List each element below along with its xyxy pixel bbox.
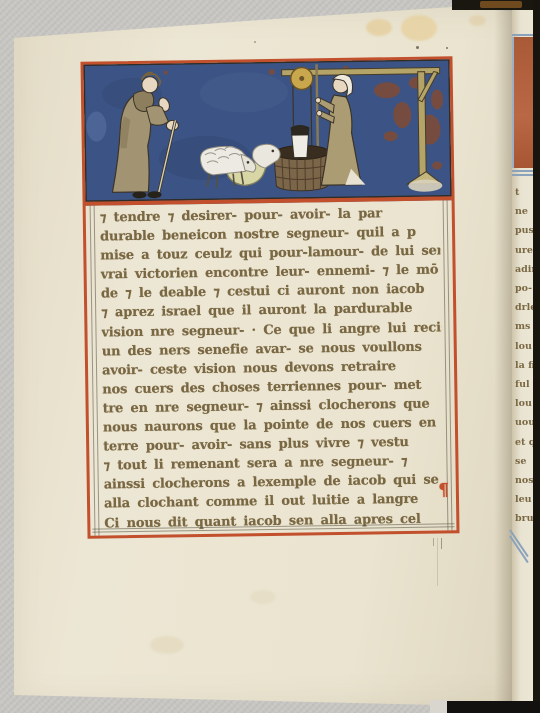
well-rope — [293, 86, 294, 132]
ruled-frame: ⁊ tendre ⁊ desirer- pour- avoir- la par … — [80, 56, 459, 538]
binding-edge-top — [452, 0, 540, 10]
text-block: ⁊ tendre ⁊ desirer- pour- avoir- la par … — [86, 200, 457, 535]
miniature-illustration — [84, 59, 452, 205]
parchment-stain — [469, 15, 486, 26]
hand — [317, 111, 322, 116]
parchment-stain — [401, 15, 437, 41]
facing-page-sliver: t ne pus uret adir po- drle ms lou la fi… — [512, 0, 534, 713]
manuscript-photo: ⁊ tendre ⁊ desirer- pour- avoir- la par … — [0, 0, 540, 713]
shoe — [147, 191, 161, 198]
ink-speck — [446, 47, 448, 49]
parchment-stain — [366, 19, 392, 36]
binding-leather — [480, 1, 522, 8]
pilcrow-mark: ¶ — [438, 481, 449, 500]
book-edge-right — [533, 0, 540, 713]
ink-speck — [254, 41, 256, 43]
parchment-stain — [150, 636, 184, 654]
parchment-stain — [250, 590, 276, 604]
ruling-overshoot — [433, 538, 434, 546]
blue-smudge — [86, 111, 106, 141]
ruling-overshoot — [441, 538, 442, 549]
facing-frame-line — [509, 529, 529, 557]
miniature-scene — [84, 59, 452, 201]
bucket — [290, 125, 309, 158]
facing-frame-line — [509, 535, 529, 563]
facing-miniature-edge — [512, 37, 534, 168]
ink-speck — [416, 46, 419, 49]
ruling-overshoot — [437, 538, 438, 586]
book-edge-bottom — [447, 701, 540, 713]
blue-mottle — [200, 72, 289, 113]
facing-frame-line — [512, 34, 534, 36]
page-edge-strip — [430, 700, 448, 713]
hand — [315, 98, 320, 103]
well-pole — [317, 64, 318, 153]
